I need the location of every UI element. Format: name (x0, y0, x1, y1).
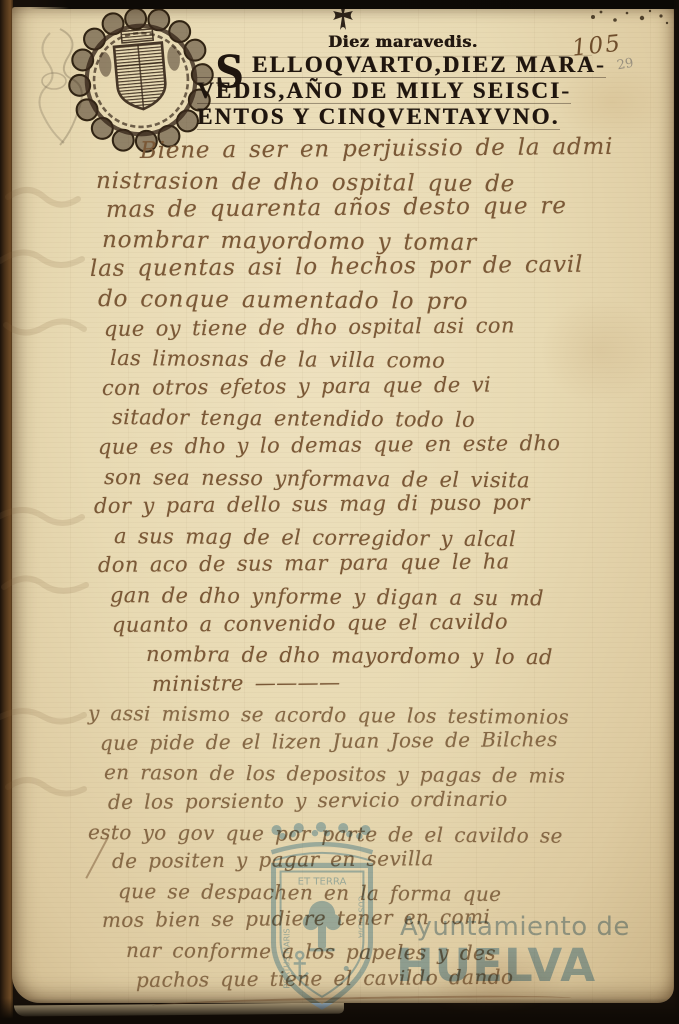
manuscript-line: de positen y pagar en sevilla (112, 842, 668, 876)
manuscript-line: que oy tiene de dho ospital asi con (104, 310, 668, 345)
manuscript-line: que pide de el lizen Juan Jose de Bilche… (100, 724, 668, 759)
manuscript-page: Diez maravedis. 105 29 S ELLOQVARTO,DIEZ… (12, 7, 674, 1003)
manuscript-line: don aco de sus mar para que le ha (98, 546, 668, 581)
manuscript-line: las quentas asi lo hechos por de cavil (90, 250, 668, 285)
manuscript-line: quanto a convenido que el cavildo (112, 606, 668, 640)
sello-heading-line: ENTOS Y CINQVENTAYVNO. (197, 105, 560, 130)
manuscript-line: pachos que tiene el cavildo dando (136, 961, 668, 995)
manuscript-line: con otros efetos y para que de vi (102, 369, 668, 404)
photo-bottom-shadow (0, 998, 679, 1024)
manuscript-line: mos bien se pudiere tener en comi (102, 901, 668, 936)
sello-heading: S ELLOQVARTO,DIEZ MARA- VEDIS,AÑO DE MIL… (197, 53, 627, 131)
manuscript-line: mas de quarenta años desto que re (106, 191, 668, 225)
manuscript-line: dor y para dello sus mag di puso por (94, 487, 668, 522)
photo-top-edge (30, 0, 679, 9)
manuscript-line: que es dho y lo demas que en este dho (98, 428, 668, 463)
manuscript-body: Biene a ser en perjuissio de la admi nis… (88, 137, 668, 995)
manuscript-line: Biene a ser en perjuissio de la admi (140, 132, 668, 166)
manuscript-line: de los porsiento y servicio ordinario (108, 783, 668, 817)
photo-right-edge (673, 0, 679, 1024)
manuscript-line: ministre ———— (152, 665, 668, 699)
gothic-denomination: Diez maravedis. (328, 32, 468, 51)
sello-heading-line: VEDIS,AÑO DE MILY SEISCI- (197, 79, 571, 104)
drop-cap: S (215, 45, 243, 95)
ink-specks (587, 7, 672, 39)
sello-heading-line: ELLOQVARTO,DIEZ MARA- (197, 53, 606, 78)
archival-scan: Diez maravedis. 105 29 S ELLOQVARTO,DIEZ… (0, 0, 679, 1024)
